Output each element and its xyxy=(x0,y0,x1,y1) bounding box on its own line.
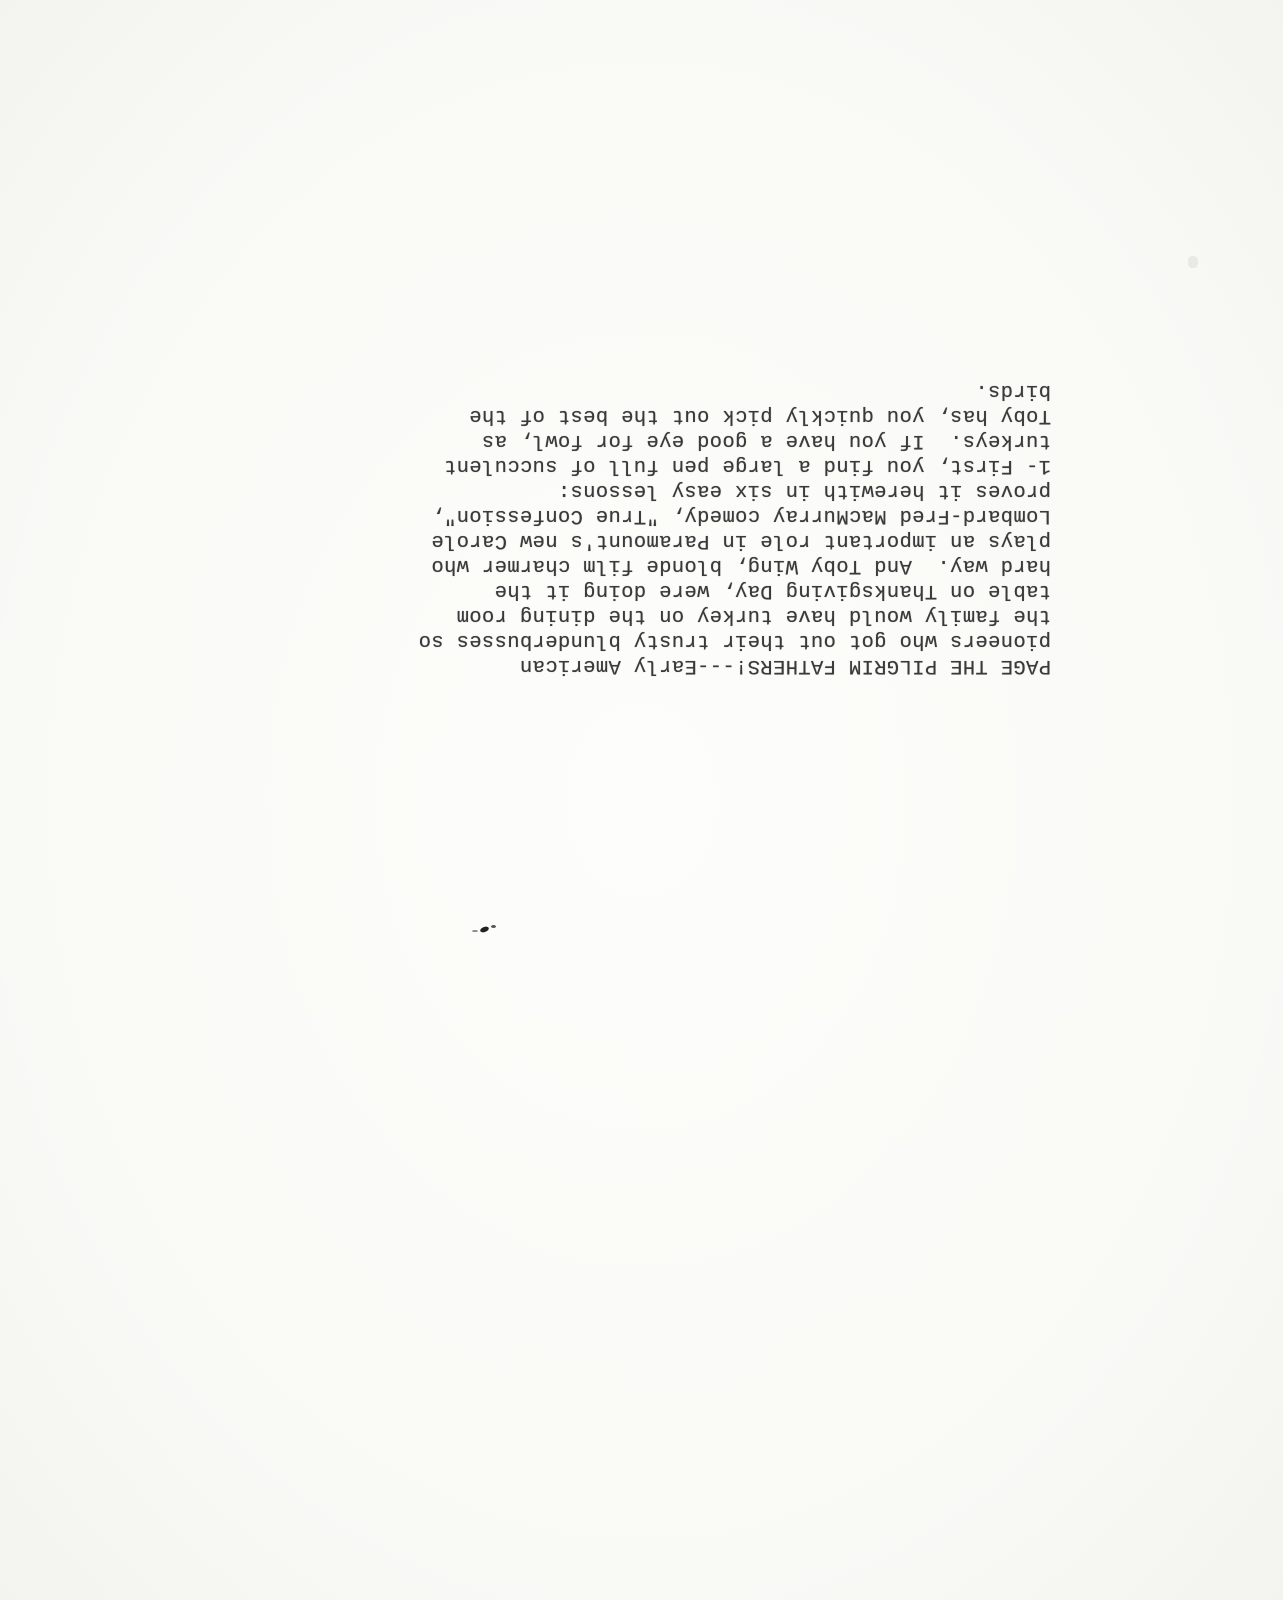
ink-spot xyxy=(472,930,478,932)
caption-line-4: table on Thanksgiving Day, were doing it… xyxy=(494,578,1051,603)
paper-page: PAGE THE PILGRIM FATHERS!---Early Americ… xyxy=(0,0,1283,1600)
caption-text-block: PAGE THE PILGRIM FATHERS!---Early Americ… xyxy=(261,368,1051,678)
caption-line-3: the family would have turkey on the dini… xyxy=(456,603,1051,628)
ink-spot xyxy=(479,926,489,934)
caption-line-6: plays an important role in Paramount's n… xyxy=(431,528,1051,553)
ink-spot xyxy=(491,925,496,928)
paper-speck xyxy=(1188,256,1198,268)
caption-line-9: 1- First, you find a large pen full of s… xyxy=(444,453,1051,478)
caption-line-12: birds. xyxy=(975,378,1051,403)
ink-smudge xyxy=(468,925,498,935)
caption-line-2: pioneers who got out their trusty blunde… xyxy=(418,628,1051,653)
caption-line-10: turkeys. If you have a good eye for fowl… xyxy=(482,428,1051,453)
caption-line-5: hard way. And Toby Wing, blonde film cha… xyxy=(431,553,1051,578)
caption-line-1: PAGE THE PILGRIM FATHERS!---Early Americ… xyxy=(520,653,1051,678)
caption-line-11: Toby has, you quickly pick out the best … xyxy=(469,403,1051,428)
caption-line-8: proves it herewith in six easy lessons: xyxy=(558,478,1051,503)
caption-line-7: Lombard-Fred MacMurray comedy, "True Con… xyxy=(431,503,1051,528)
